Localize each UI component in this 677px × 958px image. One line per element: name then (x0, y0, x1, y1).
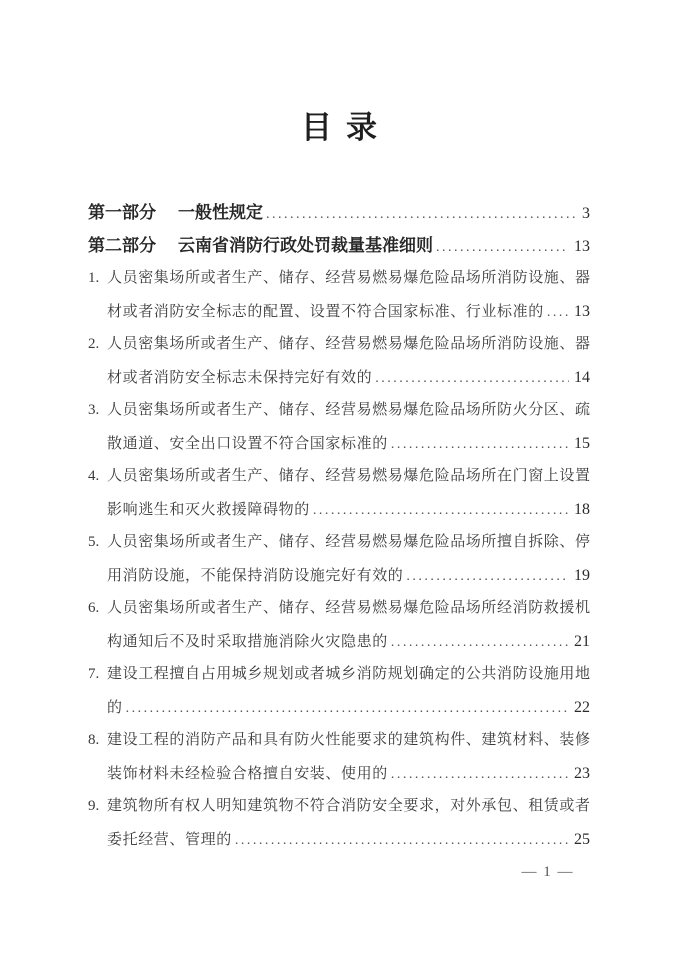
section-part-label: 第一部分 (88, 196, 156, 229)
item-text-line2: 构通知后不及时采取措施消除火灾隐患的 (107, 626, 388, 659)
item-text-line1: 建设工程擅自占用城乡规划或者城乡消防规划确定的公共消防设施用地 (107, 658, 590, 691)
toc-item[interactable]: 6. 人员密集场所或者生产、储存、经营易燃易爆危险品场所经消防救援机 构通知后不… (88, 592, 590, 658)
item-line-2: 材或者消防安全标志未保持完好有效的 14 (88, 361, 590, 394)
item-line-2: 散通道、安全出口设置不符合国家标准的 15 (88, 427, 590, 460)
item-page-number: 23 (574, 757, 590, 790)
item-page-number: 25 (574, 823, 590, 856)
item-text-line1: 建筑物所有权人明知建筑物不符合消防安全要求，对外承包、租赁或者 (107, 790, 590, 823)
item-page-number: 19 (574, 559, 590, 592)
item-line-1: 8. 建设工程的消防产品和具有防火性能要求的建筑构件、建筑材料、装修 (88, 724, 590, 757)
item-line-1: 7. 建设工程擅自占用城乡规划或者城乡消防规划确定的公共消防设施用地 (88, 658, 590, 691)
toc-item[interactable]: 1. 人员密集场所或者生产、储存、经营易燃易爆危险品场所消防设施、器 材或者消防… (88, 262, 590, 328)
item-page-number: 21 (574, 625, 590, 658)
item-text-line2: 影响逃生和灭火救援障碍物的 (107, 494, 310, 527)
toc-item[interactable]: 2. 人员密集场所或者生产、储存、经营易燃易爆危险品场所消防设施、器 材或者消防… (88, 328, 590, 394)
item-line-2: 影响逃生和灭火救援障碍物的 18 (88, 493, 590, 526)
item-page-number: 22 (574, 691, 590, 724)
item-line-2: 的 22 (88, 691, 590, 724)
item-text-line2: 的 (107, 692, 123, 725)
item-line-2: 构通知后不及时采取措施消除火灾隐患的 21 (88, 625, 590, 658)
item-page-number: 15 (574, 427, 590, 460)
section-page-number: 13 (574, 230, 590, 263)
item-page-number: 14 (574, 361, 590, 394)
item-number: 9. (88, 790, 107, 823)
toc-item[interactable]: 7. 建设工程擅自占用城乡规划或者城乡消防规划确定的公共消防设施用地 的 22 (88, 658, 590, 724)
item-line-2: 用消防设施，不能保持消防设施完好有效的 19 (88, 559, 590, 592)
item-line-1: 6. 人员密集场所或者生产、储存、经营易燃易爆危险品场所经消防救援机 (88, 592, 590, 625)
dot-leader (391, 428, 569, 461)
toc-section-row-1[interactable]: 第一部分 一般性规定 3 (88, 196, 590, 229)
item-number: 5. (88, 526, 107, 559)
page-title: 目录 (88, 108, 590, 148)
section-page-number: 3 (582, 197, 590, 230)
dot-leader (547, 296, 569, 329)
item-text-line1: 人员密集场所或者生产、储存、经营易燃易爆危险品场所消防设施、器 (107, 262, 590, 295)
item-page-number: 13 (574, 295, 590, 328)
dot-leader (436, 231, 569, 264)
toc-item[interactable]: 3. 人员密集场所或者生产、储存、经营易燃易爆危险品场所防火分区、疏 散通道、安… (88, 394, 590, 460)
section-title: 一般性规定 (178, 196, 263, 229)
dot-leader (126, 692, 569, 725)
item-number: 2. (88, 328, 107, 361)
section-title: 云南省消防行政处罚裁量基准细则 (178, 229, 433, 262)
toc-item[interactable]: 8. 建设工程的消防产品和具有防火性能要求的建筑构件、建筑材料、装修 装饰材料未… (88, 724, 590, 790)
item-line-1: 1. 人员密集场所或者生产、储存、经营易燃易爆危险品场所消防设施、器 (88, 262, 590, 295)
item-line-2: 委托经营、管理的 25 (88, 823, 590, 856)
item-number: 8. (88, 724, 107, 757)
item-text-line1: 人员密集场所或者生产、储存、经营易燃易爆危险品场所防火分区、疏 (107, 394, 590, 427)
dot-leader (391, 626, 569, 659)
item-number: 6. (88, 592, 107, 625)
toc-item[interactable]: 9. 建筑物所有权人明知建筑物不符合消防安全要求，对外承包、租赁或者 委托经营、… (88, 790, 590, 856)
item-line-2: 装饰材料未经检验合格擅自安装、使用的 23 (88, 757, 590, 790)
item-number: 1. (88, 262, 107, 295)
toc-item[interactable]: 4. 人员密集场所或者生产、储存、经营易燃易爆危险品场所在门窗上设置 影响逃生和… (88, 460, 590, 526)
item-line-1: 4. 人员密集场所或者生产、储存、经营易燃易爆危险品场所在门窗上设置 (88, 460, 590, 493)
item-line-1: 9. 建筑物所有权人明知建筑物不符合消防安全要求，对外承包、租赁或者 (88, 790, 590, 823)
item-text-line1: 建设工程的消防产品和具有防火性能要求的建筑构件、建筑材料、装修 (107, 724, 590, 757)
dot-leader (406, 560, 569, 593)
item-text-line2: 用消防设施，不能保持消防设施完好有效的 (107, 560, 403, 593)
table-of-contents: 第一部分 一般性规定 3 第二部分 云南省消防行政处罚裁量基准细则 13 1. … (88, 196, 590, 856)
toc-section-row-2[interactable]: 第二部分 云南省消防行政处罚裁量基准细则 13 (88, 229, 590, 262)
item-text-line2: 散通道、安全出口设置不符合国家标准的 (107, 428, 388, 461)
item-line-1: 3. 人员密集场所或者生产、储存、经营易燃易爆危险品场所防火分区、疏 (88, 394, 590, 427)
toc-item[interactable]: 5. 人员密集场所或者生产、储存、经营易燃易爆危险品场所擅自拆除、停 用消防设施… (88, 526, 590, 592)
section-part-label: 第二部分 (88, 229, 156, 262)
item-text-line1: 人员密集场所或者生产、储存、经营易燃易爆危险品场所擅自拆除、停 (107, 526, 590, 559)
page-footer: — 1 — (88, 862, 590, 882)
dot-leader (313, 494, 569, 527)
dot-leader (266, 198, 577, 231)
item-text-line2: 委托经营、管理的 (107, 824, 232, 857)
item-line-1: 2. 人员密集场所或者生产、储存、经营易燃易爆危险品场所消防设施、器 (88, 328, 590, 361)
item-line-2: 材或者消防安全标志的配置、设置不符合国家标准、行业标准的 13 (88, 295, 590, 328)
item-number: 4. (88, 460, 107, 493)
item-text-line2: 装饰材料未经检验合格擅自安装、使用的 (107, 758, 388, 791)
document-page: 目录 第一部分 一般性规定 3 第二部分 云南省消防行政处罚裁量基准细则 13 … (0, 0, 677, 958)
dot-leader (375, 362, 569, 395)
item-text-line1: 人员密集场所或者生产、储存、经营易燃易爆危险品场所消防设施、器 (107, 328, 590, 361)
item-line-1: 5. 人员密集场所或者生产、储存、经营易燃易爆危险品场所擅自拆除、停 (88, 526, 590, 559)
dot-leader (235, 824, 569, 857)
dot-leader (391, 758, 569, 791)
item-text-line2: 材或者消防安全标志未保持完好有效的 (107, 362, 372, 395)
item-page-number: 18 (574, 493, 590, 526)
item-number: 3. (88, 394, 107, 427)
item-text-line1: 人员密集场所或者生产、储存、经营易燃易爆危险品场所经消防救援机 (107, 592, 590, 625)
item-text-line2: 材或者消防安全标志的配置、设置不符合国家标准、行业标准的 (107, 296, 544, 329)
item-text-line1: 人员密集场所或者生产、储存、经营易燃易爆危险品场所在门窗上设置 (107, 460, 590, 493)
item-number: 7. (88, 658, 107, 691)
footer-page-number: — 1 — (522, 864, 575, 880)
